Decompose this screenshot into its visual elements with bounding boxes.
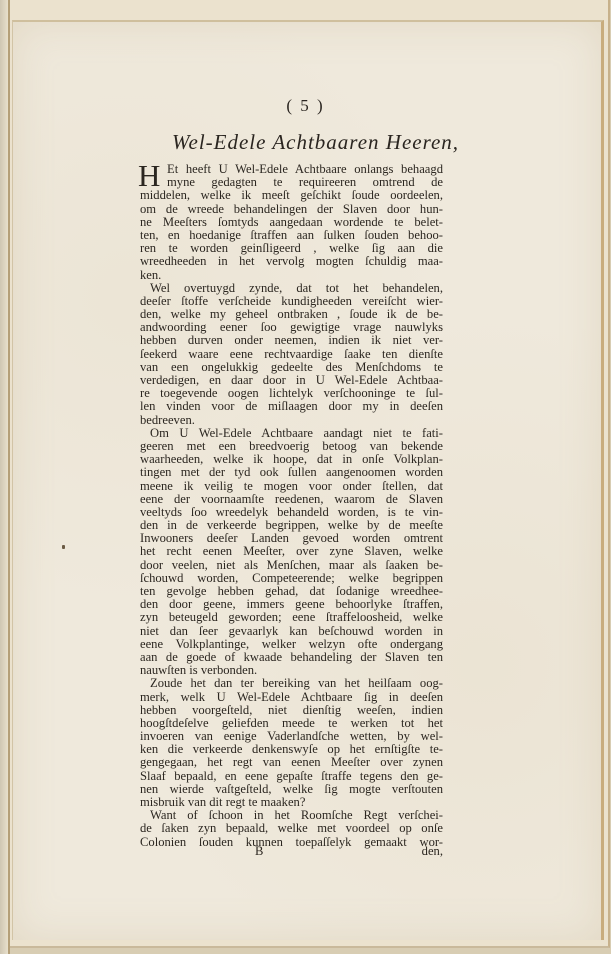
text-line: hebben voorgeſteld, niet dienſtig weeſen… [140, 704, 443, 717]
text-line: ne Meeſters ſomtyds aangedaan wordende t… [140, 216, 443, 229]
text-line: len vinden voor de miſlaagen door my in … [140, 400, 443, 413]
text-line: eene Volkplantinge, welker welzyn ofte o… [140, 638, 443, 651]
salutation-heading: Wel-Edele Achtbaaren Heeren, [0, 130, 611, 155]
text-line: Zoude het dan ter bereiking van het heil… [140, 677, 443, 690]
text-line: ken. [140, 269, 443, 282]
body-text: H Et heeft U Wel-Edele Achtbaare onlangs… [140, 163, 443, 849]
signature-mark: B [255, 844, 263, 859]
page-number: ( 5 ) [0, 96, 611, 116]
text-line: Slaaf bepaald, en eene gepaſte ſtraffe t… [140, 770, 443, 783]
text-line: eene der voornaamſte reedenen, waarom de… [140, 493, 443, 506]
text-line: ſeekerd waare eene rechtvaardige ſaake t… [140, 348, 443, 361]
text-line: merk, welk U Wel-Edele Achtbaare ſig in … [140, 691, 443, 704]
text-line: tingen met der tyd ook ſullen aangenoome… [140, 466, 443, 479]
text-line: niet dan ſeer gevaarlyk kan beſchouwd wo… [140, 625, 443, 638]
page-footer: B den, [140, 844, 443, 858]
margin-speck [62, 545, 65, 549]
text-line: gengegaan, het regt van eenen Meeſter ov… [140, 756, 443, 769]
catchword: den, [422, 844, 443, 859]
text-line: wreedheeden in het vervolg mogten ſchuld… [140, 255, 443, 268]
text-line: het recht eenen Meeſter, over zyne Slave… [140, 545, 443, 558]
text-line: om de wreede behandelingen der Slaven do… [140, 203, 443, 216]
text-line: zyn beteugeld geworden; eene ſtraffeloos… [140, 611, 443, 624]
text-line: Wel overtuygd zynde, dat tot het behande… [140, 282, 443, 295]
text-line: Om U Wel-Edele Achtbaare aandagt niet te… [140, 427, 443, 440]
drop-cap: H [138, 163, 160, 189]
text-line: meene ik veilig te mogen voor onder ſtel… [140, 480, 443, 493]
text-line: bedreeven. [140, 414, 443, 427]
text-line: hebben durven onder neemen, indien ik ni… [140, 334, 443, 347]
text-line: middelen, welke ik meeſt geſchikt ſoude … [140, 189, 443, 202]
text-line: de ſaken zyn bepaald, welke met voordeel… [140, 822, 443, 835]
text-line: door veelen, niet als Menſchen, maar als… [140, 559, 443, 572]
